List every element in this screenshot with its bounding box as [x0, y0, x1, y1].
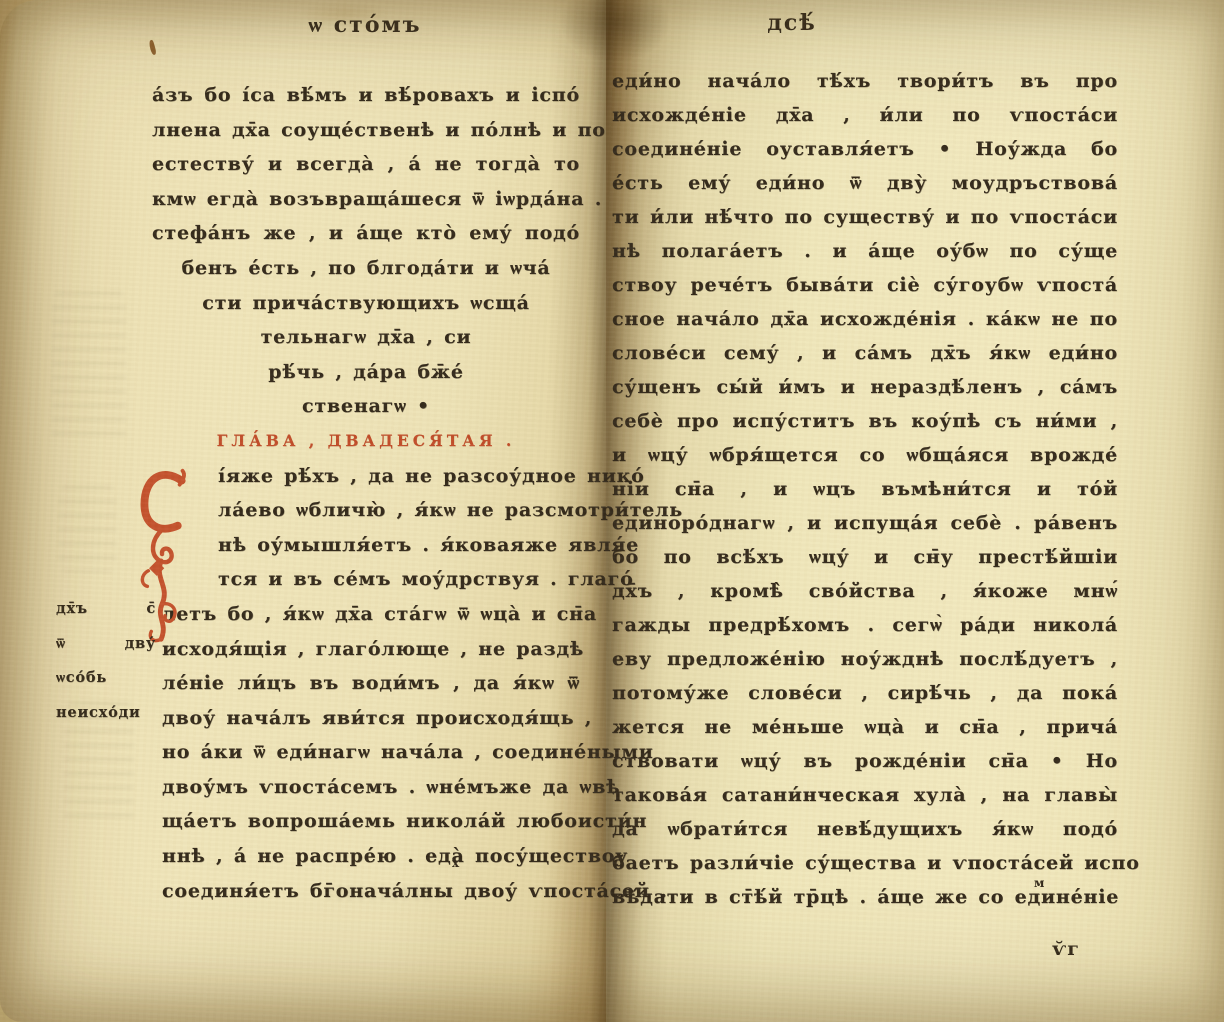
text-line: ѡсо́бь [56, 661, 156, 696]
text-line: ствовати ѡцу́ въ рожде́ніи сн̄а • Но [612, 744, 1118, 778]
text-line: ніи сн̄а , и ѡцъ въмѣни́тся и то́й [612, 472, 1118, 506]
chapter-end-block: а́зъ бо і́са вѣ́мъ и вѣ́ровахъ и іспо́лн… [152, 78, 580, 424]
text-line: нѣ оу́мышля́етъ . я́коваяже явля́е [162, 528, 580, 563]
book-photo: ѡ сто́мъ дсѣ́ а́зъ бо і́са вѣ́мъ и вѣ́ро… [0, 0, 1224, 1022]
text-line: двоу́мъ ѵпоста́семъ . ѡне́мъже да ѡвѣ [162, 770, 580, 805]
superscript-letter: м [1034, 876, 1044, 890]
text-line: а́зъ бо і́са вѣ́мъ и вѣ́ровахъ и іспо́ [152, 78, 580, 113]
text-line: еди́но нача́ло тѣ́хъ твори́тъ въ про [612, 64, 1118, 98]
text-line: баетъ разли́чіе су́щества и ѵпоста́сей и… [612, 846, 1118, 880]
text-line: такова́я сатани́нческая хула̀ , на главы… [612, 778, 1118, 812]
text-line: но а́ки ѿ еди́нагѡ нача́ла , соедине́ным… [162, 735, 580, 770]
text-line: ла́ево ѡбличю̀ , я́кѡ не разсмотри́тель [162, 493, 580, 528]
text-line: ти и́ли нѣ́что по существу́ и по ѵпоста́… [612, 200, 1118, 234]
text-line: сное нача́ло дх̄а исхожде́нія . ка́кѡ не… [612, 302, 1118, 336]
folio-mark: ѵ̆г [1052, 938, 1080, 960]
text-line: ннѣ , а́ не распре́ю . еда̀ посу́ществоу [162, 839, 580, 874]
right-page-text: еди́но нача́ло тѣ́хъ твори́тъ въ происхо… [612, 64, 1118, 914]
chapter-body: і́яже рѣ́хъ , да не разсоу́дное нико́ла́… [152, 459, 580, 909]
text-line: летъ бо , я́кѡ дх̄а ста́гѡ ѿ ѡца̀ и сн̄а [162, 597, 580, 632]
text-line: ствоу рече́тъ быва́ти сіѐ су́гоубѡ ѵпост… [612, 268, 1118, 302]
text-line: слове́си сему́ , и са́мъ дх̄ъ я́кѡ еди́н… [612, 336, 1118, 370]
text-line: ѿ дву́ [56, 627, 156, 662]
text-line: жется не ме́ньше ѡца̀ и сн̄а , прича́ [612, 710, 1118, 744]
text-line: е́сть ему́ еди́но ѿ дву̀ моудръствова́ [612, 166, 1118, 200]
left-page-text: а́зъ бо і́са вѣ́мъ и вѣ́ровахъ и іспо́лн… [152, 78, 580, 908]
running-header-right: дсѣ́ [610, 10, 974, 36]
text-line: соедине́ніе оуставля́етъ • Ноу́жда бо [612, 132, 1118, 166]
text-line: кмѡ егда̀ возъвраща́шеся ѿ іѡрда́на . [152, 182, 580, 217]
text-line: естеству́ и всегда̀ , а́ не тогда̀ то [152, 147, 580, 182]
text-line: дх̄ъ с̄ [56, 592, 156, 627]
text-line: соединя́етъ бг̄онача́лны двоу́ ѵпоста́се… [162, 874, 580, 909]
text-line: двоу́ нача́лъ яви́тся происходя́щь , [162, 701, 580, 736]
text-line: тельнагѡ дх̄а , си [152, 320, 580, 355]
text-line: да ѡбрати́тся невѣ́дущихъ я́кѡ подо́ [612, 812, 1118, 846]
text-line: дх̄ъ , кромѣ̀ сво́йства , я́коже мнѡ́ [612, 574, 1118, 608]
text-line: су́щенъ сы́й и́мъ и нераздѣ́ленъ , са́мъ [612, 370, 1118, 404]
running-header-left: ѡ сто́мъ [150, 12, 580, 38]
text-line: ща́етъ вопроша́емь никола́й любоисти́н [162, 804, 580, 839]
text-line: неисхо́ди [56, 696, 156, 731]
text-line: исходя́щія , глаго́люще , не раздѣ [162, 632, 580, 667]
text-line: ле́ніе ли́цъ въ води́мъ , да я́кѡ ѿ [162, 666, 580, 701]
text-line: бенъ е́сть , по блгода́ти и ѡча́ [152, 251, 580, 286]
text-line: рѣ́чь , да́ра бж̄е́ [152, 355, 580, 390]
text-line: нѣ полага́етъ . и а́ще оу́бѡ по су́ще [612, 234, 1118, 268]
text-line: себѐ про испу́ститъ въ коу́пѣ съ ни́ми , [612, 404, 1118, 438]
text-line: лнена дх̄а соуще́ственѣ и по́лнѣ и по [152, 113, 580, 148]
margin-note: дх̄ъ с̄ѿ дву́ѡсо́бьнеисхо́ди [56, 592, 156, 730]
superscript-letter: х [452, 856, 459, 870]
chapter-heading: гла́ва , двадеся́тая . [152, 424, 580, 459]
text-line: исхожде́ніе дх̄а , и́ли по ѵпоста́си [612, 98, 1118, 132]
text-line: еву предложе́нію ноу́жднѣ послѣ́дуетъ , [612, 642, 1118, 676]
text-line: тся и въ се́мъ моу́дрствуя . глаго́ [162, 562, 580, 597]
text-line: сти прича́ствующихъ ѡсща́ [152, 286, 580, 321]
text-line: ственагѡ • [152, 389, 580, 424]
text-line: и ѡцу́ ѡбря́щется со ѡбща́яся врожде́ [612, 438, 1118, 472]
text-line: бо по всѣ́хъ ѡцу́ и сн̄у престѣ́йшіи [612, 540, 1118, 574]
text-line: единоро́днагѡ , и испуща́я себѐ . ра́вен… [612, 506, 1118, 540]
text-line: гажды предрѣ́хомъ . сегѡ̀ ра́ди никола́ [612, 608, 1118, 642]
text-line: потому́же слове́си , сирѣ́чь , да пока́ [612, 676, 1118, 710]
text-line: і́яже рѣ́хъ , да не разсоу́дное нико́ [162, 459, 580, 494]
text-line: стефа́нъ же , и а́ще кто̀ ему́ подо́ [152, 216, 580, 251]
